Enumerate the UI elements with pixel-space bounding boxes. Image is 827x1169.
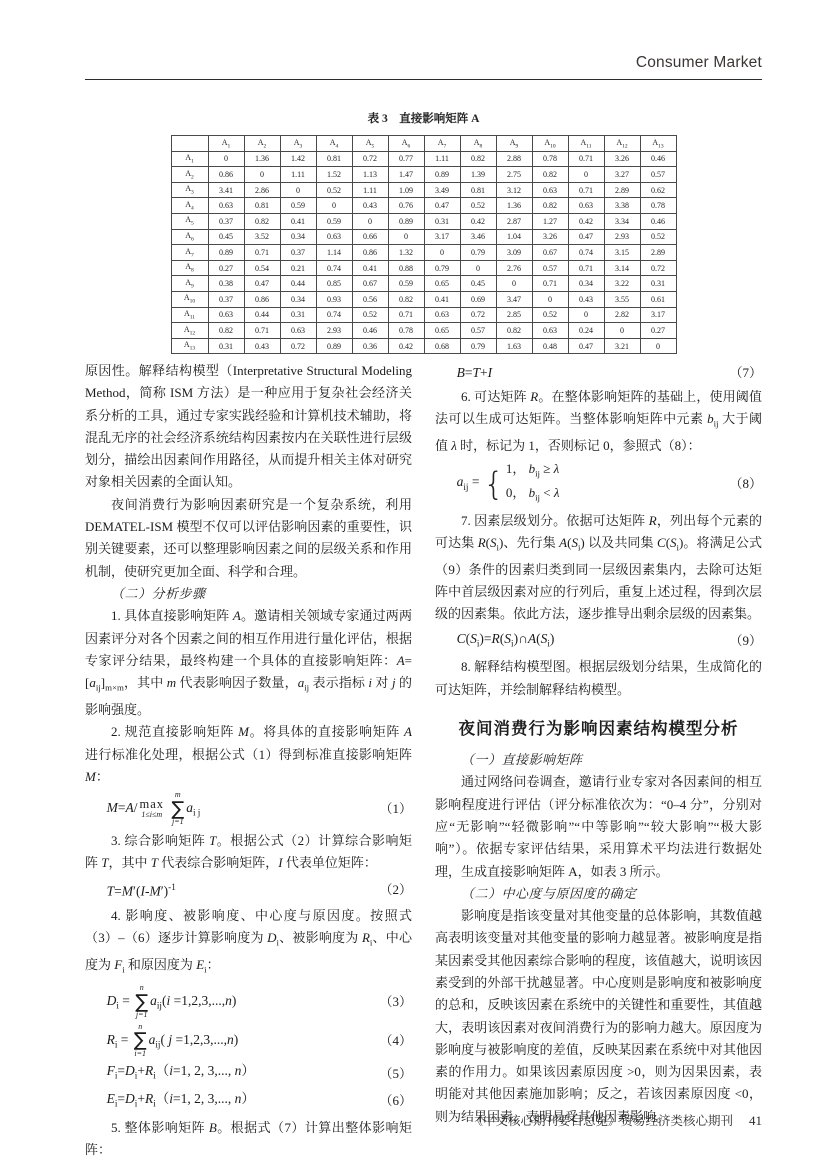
case-line: 0， bij < λ bbox=[506, 484, 560, 507]
matrix-cell: 3.41 bbox=[208, 182, 244, 198]
matrix-corner-cell bbox=[171, 136, 208, 152]
matrix-row-header: A5 bbox=[171, 213, 208, 229]
equation-number: （7） bbox=[729, 363, 762, 383]
matrix-cell: 0.54 bbox=[244, 260, 280, 276]
paragraph: 3. 综合影响矩阵 T。根据公式（2）计算综合影响矩阵 T，其中 T 代表综合影… bbox=[85, 830, 412, 875]
matrix-row-header: A4 bbox=[171, 198, 208, 214]
matrix-row-header: A1 bbox=[171, 151, 208, 167]
matrix-cell: 0.76 bbox=[388, 198, 424, 214]
matrix-cell: 0.71 bbox=[388, 307, 424, 323]
matrix-cell: 0.74 bbox=[568, 245, 604, 261]
matrix-cell: 0.71 bbox=[532, 276, 568, 292]
matrix-cell: 0.71 bbox=[568, 182, 604, 198]
matrix-cell: 0.89 bbox=[424, 167, 460, 183]
matrix-cell: 0.79 bbox=[424, 260, 460, 276]
matrix-cell: 0.41 bbox=[280, 213, 316, 229]
matrix-cell: 0.74 bbox=[316, 307, 352, 323]
paragraph: 通过网络问卷调查，邀请行业专家对各因素间的相互影响程度进行评估（评分标准依次为：… bbox=[435, 771, 762, 882]
matrix-cell: 1.11 bbox=[352, 182, 388, 198]
equation: M=A/max1≤i≤m m∑j=1ai j（1） bbox=[85, 791, 412, 827]
matrix-col-header: A9 bbox=[496, 136, 532, 152]
matrix-row-header: A2 bbox=[171, 167, 208, 183]
matrix-cell: 0.52 bbox=[352, 307, 388, 323]
matrix-cell: 0.42 bbox=[460, 213, 496, 229]
equation: B=T+I（7） bbox=[435, 363, 762, 383]
matrix-cell: 0.38 bbox=[208, 276, 244, 292]
matrix-cell: 0 bbox=[640, 338, 676, 354]
equation-number: （5） bbox=[379, 1064, 412, 1084]
matrix-cell: 0 bbox=[280, 182, 316, 198]
matrix-cell: 0.72 bbox=[280, 338, 316, 354]
matrix-cell: 0.79 bbox=[460, 338, 496, 354]
matrix-cell: 2.88 bbox=[496, 151, 532, 167]
matrix-cell: 0 bbox=[532, 291, 568, 307]
matrix-cell: 1.47 bbox=[388, 167, 424, 183]
matrix-col-header: A11 bbox=[568, 136, 604, 152]
matrix-cell: 3.21 bbox=[604, 338, 640, 354]
matrix-cell: 0.34 bbox=[568, 276, 604, 292]
matrix-cell: 1.09 bbox=[388, 182, 424, 198]
matrix-cell: 0.78 bbox=[388, 323, 424, 339]
matrix-cell: 0.68 bbox=[424, 338, 460, 354]
paragraph: 7. 因素层级划分。依据可达矩阵 R，列出每个元素的可达集 R(Si)、先行集 … bbox=[435, 510, 762, 626]
equation-formula: Fi=Di+Ri（i=1, 2, 3,..., n） bbox=[107, 1061, 372, 1086]
right-column: B=T+I（7）6. 可达矩阵 R。在整体影响矩阵的基础上，使用阈值法可以生成可… bbox=[435, 360, 762, 1128]
paragraph: 2. 规范直接影响矩阵 M。将具体的直接影响矩阵 A 进行标准化处理，根据公式（… bbox=[85, 721, 412, 788]
matrix-cell: 0.63 bbox=[424, 307, 460, 323]
equation: T=M′(I-M′)-1（2） bbox=[85, 877, 412, 902]
matrix-cell: 0.42 bbox=[568, 213, 604, 229]
matrix-cell: 3.17 bbox=[424, 229, 460, 245]
matrix-cell: 0 bbox=[424, 245, 460, 261]
matrix-cell: 0.45 bbox=[208, 229, 244, 245]
matrix-cell: 0.47 bbox=[424, 198, 460, 214]
matrix-cell: 0.82 bbox=[460, 151, 496, 167]
matrix-row-header: A6 bbox=[171, 229, 208, 245]
matrix-col-header: A7 bbox=[424, 136, 460, 152]
matrix-cell: 0.57 bbox=[460, 323, 496, 339]
table-section: 表 3 直接影响矩阵 A A1A2A3A4A5A6A7A8A9A10A11A12… bbox=[85, 110, 762, 354]
matrix-cell: 0.78 bbox=[532, 151, 568, 167]
page-footer: 《中文核心期刊要目总览》贸易经济类核心期刊 41 bbox=[470, 1111, 762, 1129]
matrix-cell: 0.69 bbox=[460, 291, 496, 307]
matrix-cell: 0.88 bbox=[388, 260, 424, 276]
equation-number: （8） bbox=[729, 474, 762, 494]
matrix-cell: 1.36 bbox=[496, 198, 532, 214]
matrix-cell: 2.87 bbox=[496, 213, 532, 229]
matrix-cell: 0.82 bbox=[208, 323, 244, 339]
matrix-cell: 0.41 bbox=[424, 291, 460, 307]
equation-formula: Ri = n∑i=1aij( j =1,2,3,...,n) bbox=[107, 1023, 372, 1059]
matrix-cell: 0.82 bbox=[244, 213, 280, 229]
matrix-cell: 0.37 bbox=[208, 213, 244, 229]
matrix-col-header: A5 bbox=[352, 136, 388, 152]
matrix-cell: 0.63 bbox=[316, 229, 352, 245]
matrix-cell: 0.72 bbox=[352, 151, 388, 167]
matrix-cell: 1.27 bbox=[532, 213, 568, 229]
matrix-cell: 1.52 bbox=[316, 167, 352, 183]
matrix-cell: 2.89 bbox=[640, 245, 676, 261]
matrix-row-header: A9 bbox=[171, 276, 208, 292]
journal-section-label: Consumer Market bbox=[636, 54, 762, 71]
paper-page: Consumer Market 表 3 直接影响矩阵 A A1A2A3A4A5A… bbox=[0, 0, 827, 1169]
matrix-cell: 0.27 bbox=[640, 323, 676, 339]
matrix-cell: 0.63 bbox=[532, 182, 568, 198]
matrix-cell: 3.27 bbox=[604, 167, 640, 183]
matrix-cell: 0.89 bbox=[388, 213, 424, 229]
subsection-heading: （一）直接影响矩阵 bbox=[435, 749, 762, 771]
equation-number: （4） bbox=[379, 1031, 412, 1051]
matrix-cell: 0.71 bbox=[568, 151, 604, 167]
matrix-row-header: A10 bbox=[171, 291, 208, 307]
matrix-cell: 3.15 bbox=[604, 245, 640, 261]
matrix-col-header: A2 bbox=[244, 136, 280, 152]
matrix-cell: 1.42 bbox=[280, 151, 316, 167]
matrix-cell: 2.76 bbox=[496, 260, 532, 276]
matrix-cell: 3.55 bbox=[604, 291, 640, 307]
matrix-cell: 0.89 bbox=[208, 245, 244, 261]
matrix-cell: 0 bbox=[352, 213, 388, 229]
matrix-header: A1A2A3A4A5A6A7A8A9A10A11A12A13 bbox=[171, 136, 676, 152]
equation-number: （3） bbox=[379, 992, 412, 1012]
matrix-row: A90.380.470.440.850.670.590.650.4500.710… bbox=[171, 276, 676, 292]
matrix-cell: 0.34 bbox=[280, 229, 316, 245]
matrix-cell: 3.49 bbox=[424, 182, 460, 198]
equation-formula: aij ={1， bij ≥ λ0， bij < λ bbox=[457, 460, 722, 506]
paragraph: 1. 具体直接影响矩阵 A。邀请相关领域专家通过两两因素评分对各个因素之间的相互… bbox=[85, 605, 412, 721]
matrix-row: A120.820.710.632.930.460.780.650.570.820… bbox=[171, 323, 676, 339]
matrix-cell: 0.77 bbox=[388, 151, 424, 167]
sum-operator: n∑j=1 bbox=[135, 984, 148, 1020]
matrix-cell: 0 bbox=[244, 167, 280, 183]
matrix-row: A100.370.860.340.930.560.820.410.693.470… bbox=[171, 291, 676, 307]
matrix-col-header: A3 bbox=[280, 136, 316, 152]
matrix-cell: 0.63 bbox=[568, 198, 604, 214]
matrix-row-header: A12 bbox=[171, 323, 208, 339]
matrix-cell: 0 bbox=[568, 307, 604, 323]
matrix-cell: 3.22 bbox=[604, 276, 640, 292]
equation-formula: Ei=Di+Ri（i=1, 2, 3,..., n） bbox=[107, 1089, 372, 1114]
matrix-col-header: A4 bbox=[316, 136, 352, 152]
equation-number: （1） bbox=[379, 799, 412, 819]
matrix-cell: 0.47 bbox=[244, 276, 280, 292]
matrix-cell: 3.09 bbox=[496, 245, 532, 261]
matrix-cell: 0.82 bbox=[388, 291, 424, 307]
matrix-cell: 0.52 bbox=[460, 198, 496, 214]
matrix-cell: 0.82 bbox=[496, 323, 532, 339]
matrix-cell: 0.47 bbox=[568, 338, 604, 354]
matrix-col-header: A10 bbox=[532, 136, 568, 152]
sum-operator: n∑i=1 bbox=[134, 1023, 147, 1059]
matrix-col-header: A12 bbox=[604, 136, 640, 152]
matrix-cell: 0.37 bbox=[280, 245, 316, 261]
matrix-row: A40.630.810.5900.430.760.470.521.360.820… bbox=[171, 198, 676, 214]
paragraph: 影响度是指该变量对其他变量的总体影响，其数值越高表明该变量对其他变量的影响力越显… bbox=[435, 905, 762, 1128]
matrix-cell: 0.85 bbox=[316, 276, 352, 292]
matrix-cell: 0.86 bbox=[244, 291, 280, 307]
matrix-row-header: A7 bbox=[171, 245, 208, 261]
matrix-cell: 0.37 bbox=[208, 291, 244, 307]
matrix-cell: 0.63 bbox=[208, 307, 244, 323]
paragraph: 夜间消费行为影响因素研究是一个复杂系统，利用 DEMATEL-ISM 模型不仅可… bbox=[85, 494, 412, 583]
matrix-cell: 0.59 bbox=[388, 276, 424, 292]
matrix-cell: 0.63 bbox=[280, 323, 316, 339]
matrix-cell: 0.65 bbox=[424, 276, 460, 292]
matrix-cell: 0.79 bbox=[460, 245, 496, 261]
matrix-cell: 2.93 bbox=[316, 323, 352, 339]
matrix-cell: 2.86 bbox=[244, 182, 280, 198]
matrix-cell: 1.32 bbox=[388, 245, 424, 261]
matrix-cell: 0.72 bbox=[460, 307, 496, 323]
article-body: 原因性。解释结构模型（Interpretative Structural Mod… bbox=[85, 360, 762, 1161]
matrix-cell: 0.71 bbox=[568, 260, 604, 276]
matrix-cell: 1.39 bbox=[460, 167, 496, 183]
matrix-cell: 2.89 bbox=[604, 182, 640, 198]
matrix-cell: 0.81 bbox=[244, 198, 280, 214]
equation-number: （9） bbox=[729, 631, 762, 651]
matrix-col-header: A1 bbox=[208, 136, 244, 152]
section-title: 夜间消费行为影响因素结构模型分析 bbox=[435, 716, 762, 742]
matrix-cell: 0.34 bbox=[280, 291, 316, 307]
matrix-col-header: A6 bbox=[388, 136, 424, 152]
matrix-cell: 0.46 bbox=[352, 323, 388, 339]
matrix-cell: 0.24 bbox=[568, 323, 604, 339]
matrix-row: A60.453.520.340.630.6603.173.461.043.260… bbox=[171, 229, 676, 245]
equation-cases: aij ={1， bij ≥ λ0， bij < λ（8） bbox=[435, 460, 762, 506]
matrix-cell: 0.41 bbox=[352, 260, 388, 276]
matrix-cell: 3.14 bbox=[604, 260, 640, 276]
matrix-cell: 0.47 bbox=[568, 229, 604, 245]
matrix-cell: 0.59 bbox=[316, 213, 352, 229]
matrix-cell: 1.14 bbox=[316, 245, 352, 261]
equation-formula: B=T+I bbox=[457, 363, 722, 383]
matrix-cell: 0 bbox=[460, 260, 496, 276]
matrix-cell: 0.62 bbox=[640, 182, 676, 198]
table-caption: 表 3 直接影响矩阵 A bbox=[85, 110, 762, 126]
matrix-cell: 0.43 bbox=[244, 338, 280, 354]
matrix-cell: 0.45 bbox=[460, 276, 496, 292]
matrix-cell: 0.46 bbox=[640, 151, 676, 167]
matrix-cell: 2.75 bbox=[496, 167, 532, 183]
matrix-cell: 0.86 bbox=[208, 167, 244, 183]
matrix-cell: 3.38 bbox=[604, 198, 640, 214]
paragraph: 8. 解释结构模型图。根据层级划分结果，生成简化的可达矩阵，并绘制解释结构模型。 bbox=[435, 656, 762, 701]
matrix-row: A50.370.820.410.5900.890.310.422.871.270… bbox=[171, 213, 676, 229]
paragraph: 4. 影响度、被影响度、中心度与原因度。按照式（3）–（6）逐步计算影响度为 D… bbox=[85, 905, 412, 981]
equation-number: （2） bbox=[379, 880, 412, 900]
matrix-cell: 3.34 bbox=[604, 213, 640, 229]
matrix-row-header: A8 bbox=[171, 260, 208, 276]
matrix-row: A101.361.420.810.720.771.110.822.880.780… bbox=[171, 151, 676, 167]
matrix-cell: 1.04 bbox=[496, 229, 532, 245]
matrix-cell: 1.11 bbox=[280, 167, 316, 183]
matrix-cell: 0.61 bbox=[640, 291, 676, 307]
matrix-row-header: A13 bbox=[171, 338, 208, 354]
matrix-cell: 0.82 bbox=[532, 198, 568, 214]
matrix-cell: 0.31 bbox=[208, 338, 244, 354]
max-operator: max1≤i≤m bbox=[139, 798, 164, 819]
equation-number: （6） bbox=[379, 1091, 412, 1111]
matrix-cell: 0.78 bbox=[640, 198, 676, 214]
matrix-cell: 0.82 bbox=[532, 167, 568, 183]
matrix-row-header: A3 bbox=[171, 182, 208, 198]
matrix-cell: 0.72 bbox=[640, 260, 676, 276]
equation-formula: Di = n∑j=1aij(i =1,2,3,...,n) bbox=[107, 984, 372, 1020]
matrix-cell: 0.42 bbox=[388, 338, 424, 354]
matrix-cell: 0.46 bbox=[640, 213, 676, 229]
matrix-cell: 0.52 bbox=[532, 307, 568, 323]
matrix-cell: 0.63 bbox=[208, 198, 244, 214]
paragraph: 6. 可达矩阵 R。在整体影响矩阵的基础上，使用阈值法可以生成可达矩阵。当整体影… bbox=[435, 386, 762, 457]
matrix-row: A110.630.440.310.740.520.710.630.722.850… bbox=[171, 307, 676, 323]
matrix-col-header: A8 bbox=[460, 136, 496, 152]
matrix-cell: 0.56 bbox=[352, 291, 388, 307]
paragraph: 5. 整体影响矩阵 B。根据式（7）计算出整体影响矩阵： bbox=[85, 1117, 412, 1162]
matrix-cell: 0.52 bbox=[316, 182, 352, 198]
sum-operator: m∑j=1 bbox=[171, 791, 184, 827]
equation: Di = n∑j=1aij(i =1,2,3,...,n)（3） bbox=[85, 984, 412, 1020]
equation: C(Si)=R(Si)∩A(Si)（9） bbox=[435, 629, 762, 654]
matrix-cell: 0.36 bbox=[352, 338, 388, 354]
matrix-cell: 0.44 bbox=[280, 276, 316, 292]
cases-group: {1， bij ≥ λ0， bij < λ bbox=[479, 460, 559, 506]
matrix-cell: 3.52 bbox=[244, 229, 280, 245]
matrix-row: A80.270.540.210.740.410.880.7902.760.570… bbox=[171, 260, 676, 276]
matrix-cell: 0 bbox=[568, 167, 604, 183]
matrix-cell: 3.47 bbox=[496, 291, 532, 307]
matrix-cell: 1.11 bbox=[424, 151, 460, 167]
subsection-heading: （二）中心度与原因度的确定 bbox=[435, 883, 762, 905]
matrix-cell: 0 bbox=[604, 323, 640, 339]
page-header: Consumer Market bbox=[85, 54, 762, 80]
matrix-cell: 0.31 bbox=[424, 213, 460, 229]
matrix-cell: 0.57 bbox=[640, 167, 676, 183]
matrix-cell: 0.27 bbox=[208, 260, 244, 276]
matrix-cell: 0.21 bbox=[280, 260, 316, 276]
matrix-cell: 0.48 bbox=[532, 338, 568, 354]
equation: Fi=Di+Ri（i=1, 2, 3,..., n）（5） bbox=[85, 1061, 412, 1086]
matrix-cell: 0.31 bbox=[640, 276, 676, 292]
matrix-cell: 0.59 bbox=[280, 198, 316, 214]
matrix-body: A101.361.420.810.720.771.110.822.880.780… bbox=[171, 151, 676, 354]
matrix-cell: 3.17 bbox=[640, 307, 676, 323]
matrix-cell: 0.93 bbox=[316, 291, 352, 307]
matrix-row: A130.310.430.720.890.360.420.680.791.630… bbox=[171, 338, 676, 354]
subsection-heading: （二）分析步骤 bbox=[85, 583, 412, 605]
equation: Ri = n∑i=1aij( j =1,2,3,...,n)（4） bbox=[85, 1023, 412, 1059]
matrix-cell: 0 bbox=[208, 151, 244, 167]
matrix-cell: 0.31 bbox=[280, 307, 316, 323]
matrix-cell: 0.67 bbox=[532, 245, 568, 261]
matrix-cell: 2.82 bbox=[604, 307, 640, 323]
matrix-cell: 0.43 bbox=[568, 291, 604, 307]
matrix-cell: 0.66 bbox=[352, 229, 388, 245]
matrix-cell: 0.86 bbox=[352, 245, 388, 261]
matrix-header-row: A1A2A3A4A5A6A7A8A9A10A11A12A13 bbox=[171, 136, 676, 152]
matrix-cell: 0.71 bbox=[244, 245, 280, 261]
equation-formula: T=M′(I-M′)-1 bbox=[107, 877, 372, 902]
matrix-cell: 0 bbox=[388, 229, 424, 245]
matrix-cell: 0.74 bbox=[316, 260, 352, 276]
matrix-cell: 3.46 bbox=[460, 229, 496, 245]
matrix-row-header: A11 bbox=[171, 307, 208, 323]
equation-formula: M=A/max1≤i≤m m∑j=1ai j bbox=[107, 791, 372, 827]
matrix-row: A33.412.8600.521.111.093.490.813.120.630… bbox=[171, 182, 676, 198]
matrix-cell: 1.13 bbox=[352, 167, 388, 183]
matrix-cell: 2.85 bbox=[496, 307, 532, 323]
matrix-cell: 0.81 bbox=[316, 151, 352, 167]
matrix-cell: 1.63 bbox=[496, 338, 532, 354]
case-line: 1， bij ≥ λ bbox=[506, 460, 560, 483]
left-brace: { bbox=[483, 468, 503, 500]
matrix-cell: 0 bbox=[496, 276, 532, 292]
paragraph: 原因性。解释结构模型（Interpretative Structural Mod… bbox=[85, 360, 412, 494]
left-column: 原因性。解释结构模型（Interpretative Structural Mod… bbox=[85, 360, 412, 1161]
matrix-cell: 0.71 bbox=[244, 323, 280, 339]
matrix-cell: 0.52 bbox=[640, 229, 676, 245]
matrix-cell: 0.57 bbox=[532, 260, 568, 276]
matrix-cell: 0.67 bbox=[352, 276, 388, 292]
matrix-cell: 0.65 bbox=[424, 323, 460, 339]
equation: Ei=Di+Ri（i=1, 2, 3,..., n）（6） bbox=[85, 1089, 412, 1114]
matrix-cell: 0 bbox=[316, 198, 352, 214]
matrix-cell: 3.26 bbox=[532, 229, 568, 245]
matrix-row: A20.8601.111.521.131.470.891.392.750.820… bbox=[171, 167, 676, 183]
footer-journal-note: 《中文核心期刊要目总览》贸易经济类核心期刊 bbox=[470, 1111, 733, 1129]
page-number: 41 bbox=[749, 1113, 762, 1129]
matrix-cell: 0.44 bbox=[244, 307, 280, 323]
direct-influence-matrix-table: A1A2A3A4A5A6A7A8A9A10A11A12A13 A101.361.… bbox=[171, 135, 677, 354]
matrix-cell: 2.93 bbox=[604, 229, 640, 245]
matrix-row: A70.890.710.371.140.861.3200.793.090.670… bbox=[171, 245, 676, 261]
matrix-cell: 0.89 bbox=[316, 338, 352, 354]
matrix-cell: 0.63 bbox=[532, 323, 568, 339]
matrix-cell: 1.36 bbox=[244, 151, 280, 167]
equation-formula: C(Si)=R(Si)∩A(Si) bbox=[457, 629, 722, 654]
matrix-cell: 0.81 bbox=[460, 182, 496, 198]
matrix-cell: 3.26 bbox=[604, 151, 640, 167]
matrix-cell: 3.12 bbox=[496, 182, 532, 198]
matrix-col-header: A13 bbox=[640, 136, 676, 152]
matrix-cell: 0.43 bbox=[352, 198, 388, 214]
